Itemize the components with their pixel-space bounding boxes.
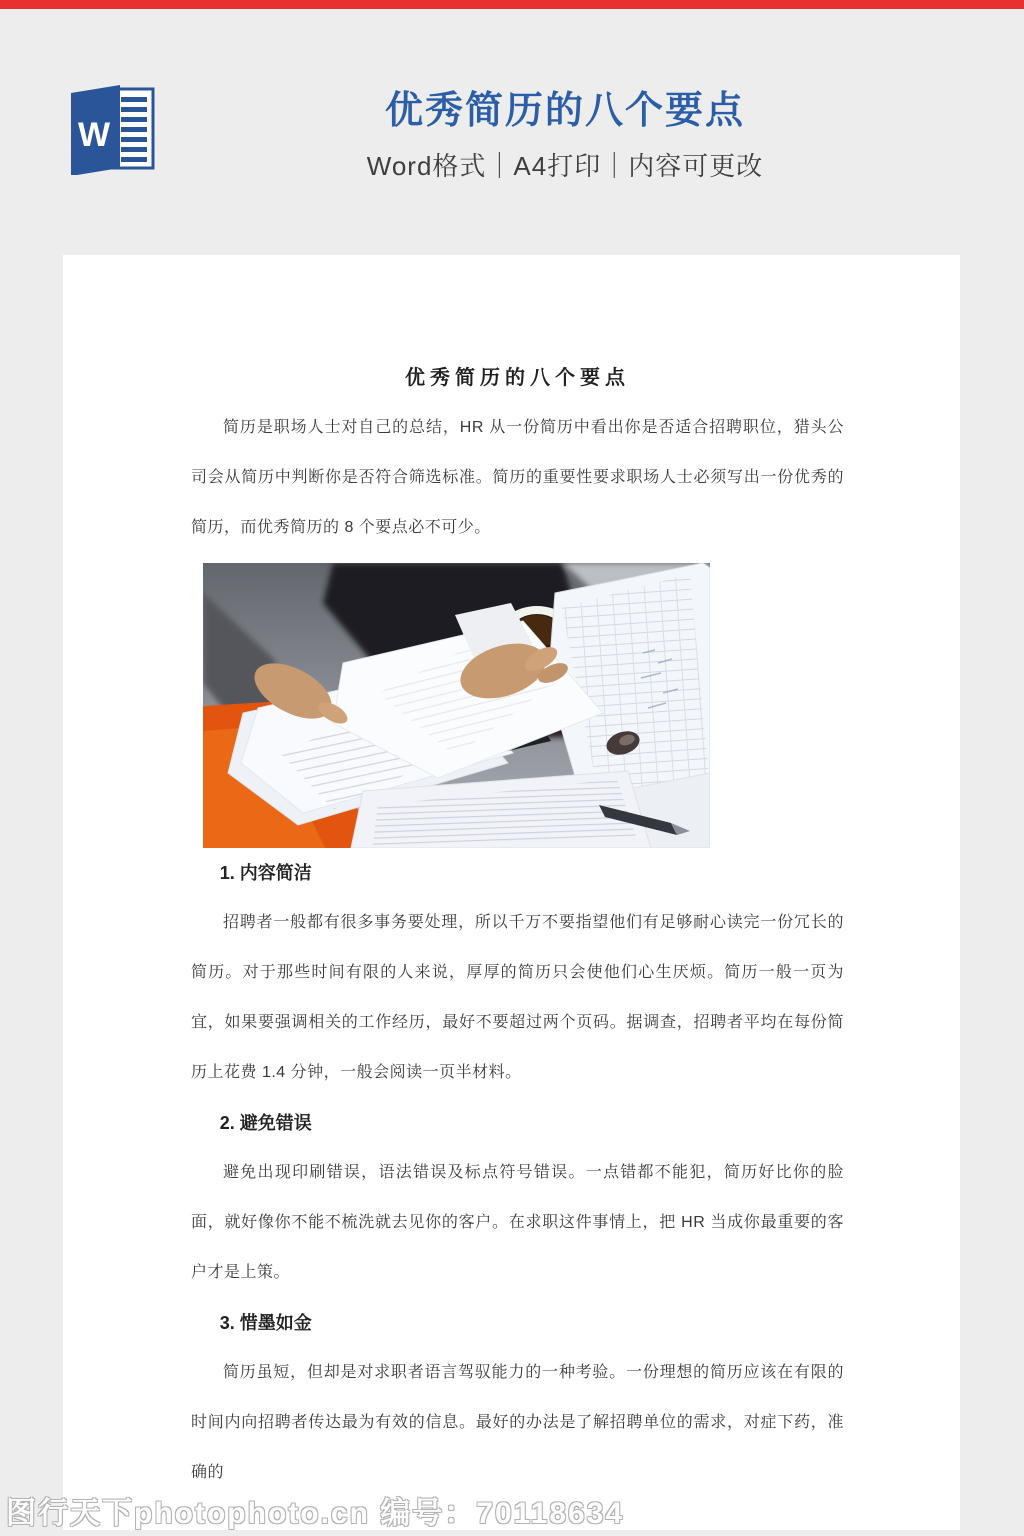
section-1-heading: 1. 内容简洁 — [191, 848, 844, 898]
word-logo-letter: W — [78, 116, 111, 154]
page-subtitle: Word格式｜A4打印｜内容可更改 — [110, 151, 1020, 181]
site-watermark: 图行天下photophoto.cn 编号：70118634 — [6, 1488, 624, 1532]
document-title: 优秀简历的八个要点 — [191, 353, 844, 403]
section-1-body: 招聘者一般都有很多事务要处理，所以千万不要指望他们有足够耐心读完一份冗长的简历。… — [191, 898, 844, 1098]
top-accent-bar — [0, 0, 1024, 9]
document-content: 优秀简历的八个要点 简历是职场人士对自己的总结，HR 从一份简历中看出你是否适合… — [63, 255, 960, 1498]
resume-photo — [203, 563, 710, 848]
section-2-heading: 2. 避免错误 — [191, 1098, 844, 1148]
section-3-body: 简历虽短，但却是对求职者语言驾驭能力的一种考验。一份理想的简历应该在有限的时间内… — [191, 1348, 844, 1498]
document-page: 优秀简历的八个要点 简历是职场人士对自己的总结，HR 从一份简历中看出你是否适合… — [63, 255, 960, 1530]
header-text: 优秀简历的八个要点 Word格式｜A4打印｜内容可更改 — [110, 88, 1020, 181]
page-title: 优秀简历的八个要点 — [110, 88, 1020, 134]
header: W 优秀简历的八个要点 Word格式｜A4打印｜内容可更改 — [0, 9, 1024, 255]
section-3-heading: 3. 惜墨如金 — [191, 1298, 844, 1348]
section-2-body: 避免出现印刷错误，语法错误及标点符号错误。一点错都不能犯，简历好比你的脸面，就好… — [191, 1148, 844, 1298]
intro-paragraph: 简历是职场人士对自己的总结，HR 从一份简历中看出你是否适合招聘职位，猎头公司会… — [191, 403, 844, 553]
